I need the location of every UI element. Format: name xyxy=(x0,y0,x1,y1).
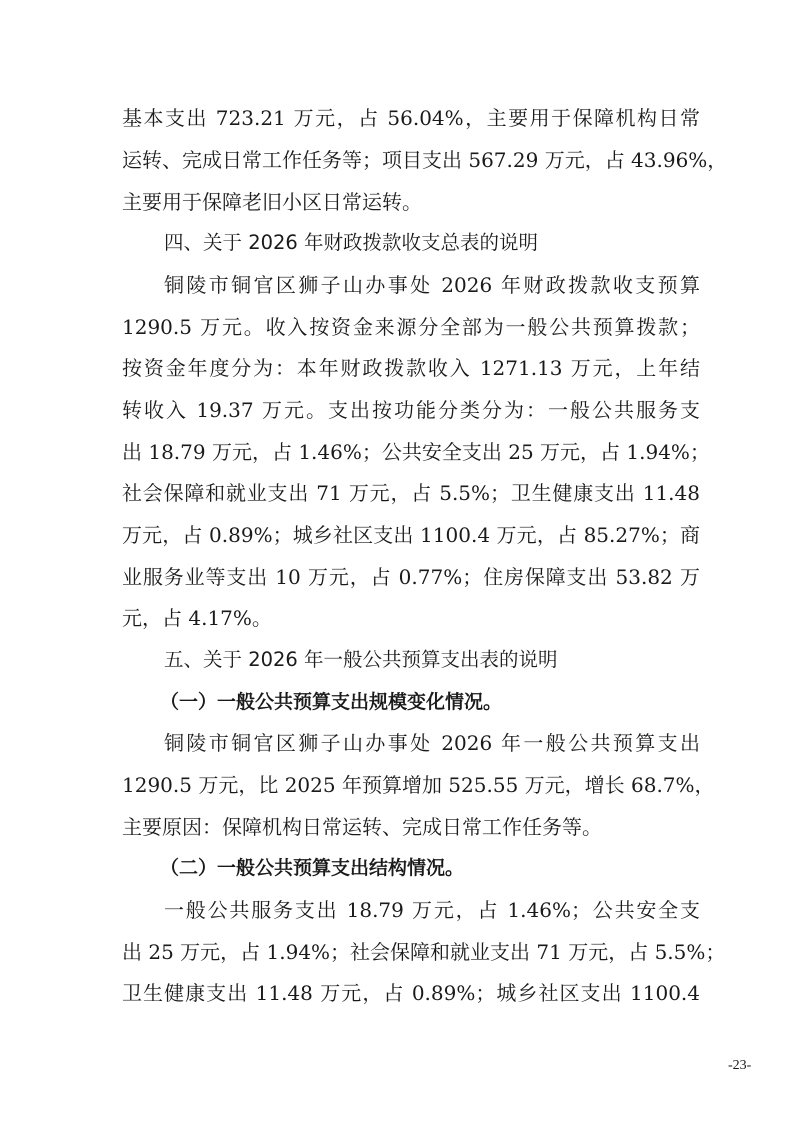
paragraph-line: 主要用于保障老旧小区日常运转。 xyxy=(122,181,700,223)
paragraph-line: 万元，占 0.89%；城乡社区支出 1100.4 万元，占 85.27%；商 xyxy=(122,514,700,556)
subsection-heading-1: （一）一般公共预算支出规模变化情况。 xyxy=(160,681,700,723)
paragraph-line: 业服务业等支出 10 万元，占 0.77%；住房保障支出 53.82 万 xyxy=(122,556,700,598)
paragraph-line: 出 18.79 万元，占 1.46%；公共安全支出 25 万元，占 1.94%； xyxy=(122,431,700,473)
paragraph-line: 铜陵市铜官区狮子山办事处 2026 年财政拨款收支预算 xyxy=(164,264,700,306)
paragraph-line: 出 25 万元，占 1.94%；社会保障和就业支出 71 万元，占 5.5%； xyxy=(122,931,700,973)
paragraph-line: 运转、完成日常工作任务等；项目支出 567.29 万元，占 43.96%， xyxy=(122,139,700,181)
paragraph-line: 卫生健康支出 11.48 万元，占 0.89%；城乡社区支出 1100.4 xyxy=(122,972,700,1014)
paragraph-line: 社会保障和就业支出 71 万元，占 5.5%；卫生健康支出 11.48 xyxy=(122,472,700,514)
paragraph-line: 主要原因：保障机构日常运转、完成日常工作任务等。 xyxy=(122,806,700,848)
subsection-heading-2: （二）一般公共预算支出结构情况。 xyxy=(160,847,700,889)
section-heading-4: 四、关于 2026 年财政拨款收支总表的说明 xyxy=(164,222,700,264)
paragraph-line: 1290.5 万元，比 2025 年预算增加 525.55 万元，增长 68.7… xyxy=(122,764,700,806)
paragraph-line: 元，占 4.17%。 xyxy=(122,597,700,639)
paragraph-line: 转收入 19.37 万元。支出按功能分类分为：一般公共服务支 xyxy=(122,389,700,431)
document-page: 基本支出 723.21 万元，占 56.04%，主要用于保障机构日常 运转、完成… xyxy=(0,0,793,1122)
paragraph-line: 铜陵市铜官区狮子山办事处 2026 年一般公共预算支出 xyxy=(164,722,700,764)
section-heading-5: 五、关于 2026 年一般公共预算支出表的说明 xyxy=(164,639,700,681)
paragraph-line: 按资金年度分为：本年财政拨款收入 1271.13 万元，上年结 xyxy=(122,347,700,389)
paragraph-line: 基本支出 723.21 万元，占 56.04%，主要用于保障机构日常 xyxy=(122,97,700,139)
paragraph-line: 1290.5 万元。收入按资金来源分全部为一般公共预算拨款； xyxy=(122,306,700,348)
page-number: -23- xyxy=(728,1058,751,1074)
paragraph-line: 一般公共服务支出 18.79 万元，占 1.46%；公共安全支 xyxy=(164,889,700,931)
